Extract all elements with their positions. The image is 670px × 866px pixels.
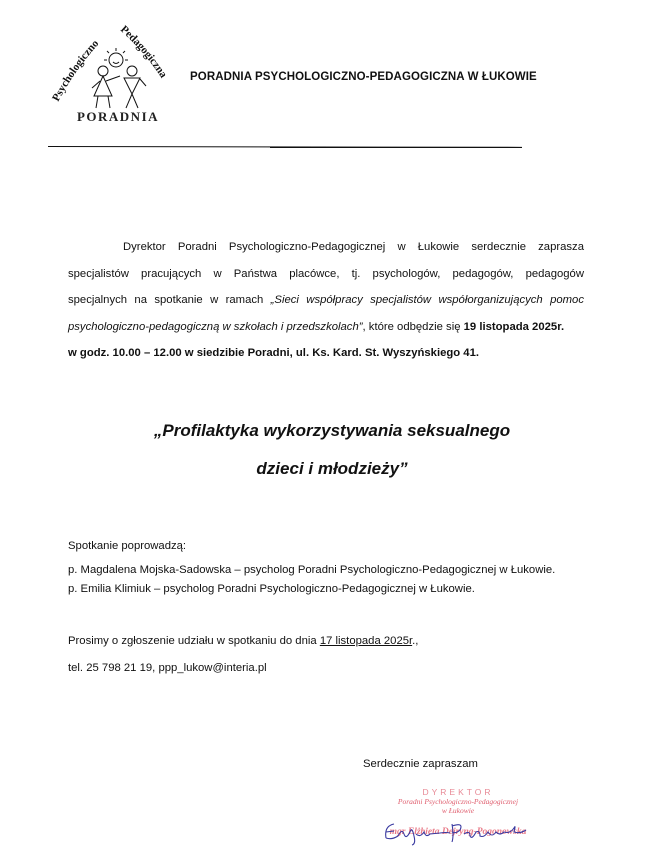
logo-arc-left-text: Psychologiczno <box>50 37 101 103</box>
contact-info: tel. 25 798 21 19, ppp_lukow@interia.pl <box>68 662 267 674</box>
meeting-date: 19 listopada 2025r. <box>464 321 564 333</box>
host-item-1: p. Magdalena Mojska-Sadowska – psycholog… <box>68 564 555 576</box>
network-name-part-2: psychologiczno-pedagogiczną w szkołach i… <box>68 321 363 333</box>
svg-text:Psychologiczno: Psychologiczno <box>50 37 101 103</box>
registration-deadline: 17 listopada 2025r <box>320 635 412 647</box>
stamp-location: w Łukowie <box>384 806 532 815</box>
svg-text:Pedagogiczna: Pedagogiczna <box>118 24 170 81</box>
handwritten-signature-icon <box>380 818 550 846</box>
intro-line-4-text: , które odbędzie się <box>363 321 464 333</box>
intro-line-2: specjalistów pracujących w Państwa placó… <box>68 261 584 288</box>
organization-name: PORADNIA PSYCHOLOGICZNO-PEDAGOGICZNA W Ł… <box>190 71 537 83</box>
stamp-title: DYREKTOR <box>384 787 532 797</box>
closing-text: Serdecznie zapraszam <box>363 758 478 770</box>
intro-line-1: Dyrektor Poradni Psychologiczno-Pedagogi… <box>68 234 584 261</box>
children-and-sun-logo-icon: Psychologiczno Pedagogiczna <box>48 24 188 124</box>
host-item-2: p. Emilia Klimiuk – psycholog Poradni Ps… <box>68 583 475 595</box>
network-name-part-1: „Sieci współpracy specjalistów współorga… <box>271 294 584 306</box>
header-divider-segment <box>270 147 522 148</box>
registration-text: Prosimy o zgłoszenie udziału w spotkaniu… <box>68 635 418 647</box>
intro-line-4: psychologiczno-pedagogiczną w szkołach i… <box>68 314 584 341</box>
stamp-institution: Poradni Psychologiczno-Pedagogicznej <box>384 797 532 806</box>
invitation-paragraph: Dyrektor Poradni Psychologiczno-Pedagogi… <box>68 234 584 367</box>
registration-suffix: ., <box>412 635 418 647</box>
hosts-label: Spotkanie poprowadzą: <box>68 540 186 552</box>
logo-base-text: PORADNIA <box>77 109 159 124</box>
registration-request: Prosimy o zgłoszenie udziału w spotkaniu… <box>68 635 320 647</box>
meeting-title-line-2: dzieci i młodzieży” <box>0 459 667 479</box>
intro-line-5: w godz. 10.00 – 12.00 w siedzibie Poradn… <box>68 340 584 367</box>
meeting-title-line-1: „Profilaktyka wykorzystywania seksualneg… <box>0 421 667 441</box>
intro-line-3: specjalnych na spotkanie w ramach „Sieci… <box>68 287 584 314</box>
meeting-time-place: w godz. 10.00 – 12.00 w siedzibie Poradn… <box>68 347 479 359</box>
logo-arc-right-text: Pedagogiczna <box>118 24 170 81</box>
intro-line-3-text: specjalnych na spotkanie w ramach <box>68 294 271 306</box>
letter-page: Psychologiczno Pedagogiczna <box>0 0 670 866</box>
